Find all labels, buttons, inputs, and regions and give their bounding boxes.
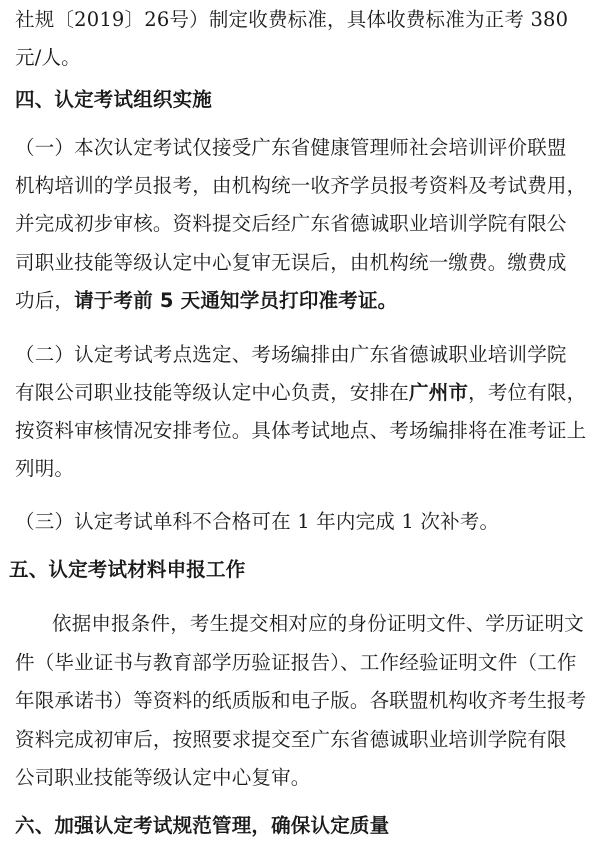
paragraph-4-1-line-2: 机构培训的学员报考，由机构统一收齐学员报考资料及考试费用， (15, 174, 586, 198)
paragraph-4-1-line-1: （一）本次认定考试仅接受广东省健康管理师社会培训评价联盟 (15, 136, 567, 160)
text-prefix: 功后， (15, 289, 74, 312)
paragraph-5-line-1: 依据申报条件，考生提交相对应的身份证明文件、学历证明文 (52, 612, 584, 636)
section-heading-5: 五、认定考试材料申报工作 (9, 558, 245, 582)
paragraph-5-line-5: 公司职业技能等级认定中心复审。 (15, 766, 311, 790)
paragraph-4-1-line-5: 功后，请于考前 5 天通知学员打印准考证。 (15, 289, 397, 313)
paragraph-4-2-line-4: 列明。 (15, 457, 74, 481)
section-heading-4: 四、认定考试组织实施 (15, 88, 212, 112)
text-prefix: 有限公司职业技能等级认定中心负责，安排在 (15, 381, 409, 404)
text-suffix: ，考位有限， (468, 381, 586, 404)
paragraph-4-2-line-1: （二）认定考试考点选定、考场编排由广东省德诚职业培训学院 (15, 343, 567, 367)
paragraph-4-2-line-3: 按资料审核情况安排考位。具体考试地点、考场编排将在准考证上 (15, 419, 586, 443)
section-heading-6: 六、加强认定考试规范管理，确保认定质量 (15, 814, 389, 838)
paragraph-5-line-4: 资料完成初审后，按照要求提交至广东省德诚职业培训学院有限 (15, 728, 567, 752)
paragraph-4-2-line-2: 有限公司职业技能等级认定中心负责，安排在广州市，考位有限， (15, 381, 586, 405)
bold-notice: 请于考前 5 天通知学员打印准考证。 (74, 289, 397, 312)
paragraph-4-1-line-3: 并完成初步审核。资料提交后经广东省德诚职业培训学院有限公 (15, 212, 567, 236)
paragraph-4-3: （三）认定考试单科不合格可在 1 年内完成 1 次补考。 (15, 510, 499, 534)
paragraph-4-1-line-4: 司职业技能等级认定中心复审无误后，由机构统一缴费。缴费成 (15, 251, 567, 275)
bold-city: 广州市 (409, 381, 468, 404)
paragraph-5-line-2: 件（毕业证书与教育部学历验证报告）、工作经验证明文件（工作 (15, 651, 577, 675)
fee-standard-line-2: 元/人。 (15, 46, 81, 70)
paragraph-5-line-3: 年限承诺书）等资料的纸质版和电子版。各联盟机构收齐考生报考 (15, 689, 586, 713)
fee-standard-line-1: 社规〔2019〕26号）制定收费标准，具体收费标准为正考 380 (15, 8, 568, 32)
